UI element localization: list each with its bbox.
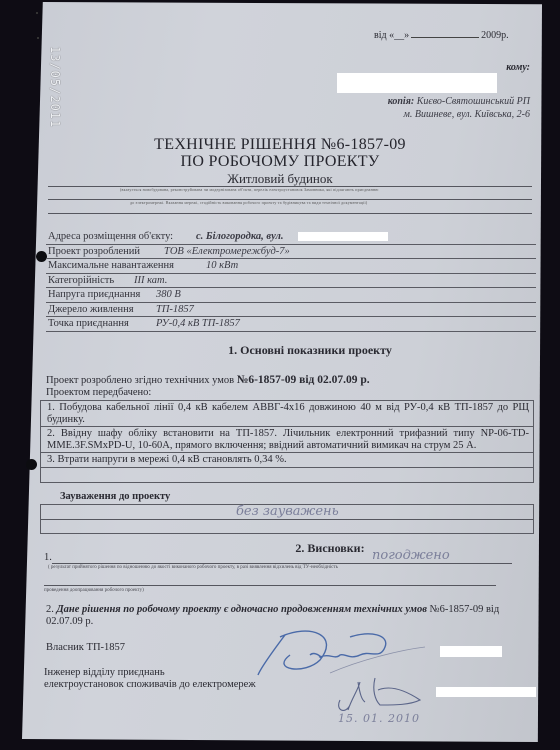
provided-label: Проектом передбачено: [46, 387, 151, 399]
measure-item: 1. Побудова кабельної лінії 0,4 кВ кабел… [41, 401, 533, 427]
speck [36, 12, 38, 14]
param-value: 380 В [156, 288, 181, 301]
signature-stroke [339, 678, 420, 710]
date-blank [411, 37, 479, 38]
underline [48, 213, 532, 214]
signature-stroke [258, 631, 386, 675]
copy-address: м. Вишневе, вул. Київська, 2-6 [388, 108, 530, 121]
param-label: Адреса розміщення об'єкту: [48, 230, 173, 243]
param-label: Категорійність [48, 274, 114, 287]
param-value: ТП-1857 [156, 303, 194, 316]
remarks-divider [41, 519, 533, 520]
recipient-label: кому: [506, 62, 530, 73]
speck [37, 37, 39, 39]
handwritten-date: 15. 01. 2010 [338, 712, 420, 725]
tech-conditions-ref: Проект розроблено згідно технічних умов … [46, 374, 370, 387]
photo-timestamp: 13/05/2011 [48, 46, 62, 128]
param-row-designer: Проект розроблений ТОВ «Електромережбуд-… [46, 245, 536, 260]
engineer-label-2: електроустановок споживачів до електроме… [44, 679, 256, 691]
punch-hole [26, 459, 37, 470]
param-row-source: Джерело живлення ТП-1857 [46, 303, 536, 318]
copy-recipient: копія: Києво-Святошинський РП м. Вишневе… [388, 95, 530, 121]
date-year: 2009р. [481, 30, 509, 41]
owner-label: Власник ТП-1857 [46, 642, 125, 654]
remarks-heading: Зауваження до проекту [60, 491, 170, 503]
param-value: ІІІ кат. [134, 274, 167, 287]
tech-conditions-number: №6-1857-09 від 02.07.09 р. [237, 374, 370, 386]
conclusion-caption: ( результат прийнятого рішення по віднош… [48, 565, 338, 570]
conclusion-number: 1. [44, 552, 52, 564]
object-name: Житловий будинок [0, 171, 560, 187]
param-row-address: Адреса розміщення об'єкту: с. Білогородк… [46, 230, 536, 245]
redacted-street [298, 232, 388, 241]
section-2-heading: 2. Висновки: [50, 541, 560, 556]
project-measures-table: 1. Побудова кабельної лінії 0,4 кВ кабел… [40, 400, 534, 483]
param-label: Напруга приєднання [48, 288, 140, 301]
param-row-voltage: Напруга приєднання 380 В [46, 288, 536, 303]
date-prefix: від «__» [374, 30, 409, 41]
param-value: ТОВ «Електромережбуд-7» [164, 245, 290, 258]
object-caption-2: до електромережі. Вказання мережі, стаді… [130, 200, 430, 205]
conclusion-handwritten: погоджено [372, 548, 450, 563]
copy-label: копія: [388, 96, 415, 107]
copy-org: Києво-Святошинський РП [417, 96, 530, 107]
param-row-max-load: Максимальне навантаження 10 кВт [46, 259, 536, 274]
param-row-connection-point: Точка приєднання РУ-0,4 кВ ТП-1857 [46, 317, 536, 332]
remarks-handwritten: без зауважень [236, 504, 339, 519]
param-value: 10 кВт [206, 259, 238, 272]
param-value: РУ-0,4 кВ ТП-1857 [156, 317, 240, 330]
redacted-recipient [337, 73, 497, 93]
item-2-emphasis: Дане рішення по робочому проекту є одноч… [57, 604, 427, 615]
redacted-engineer-name [436, 687, 536, 697]
param-label: Джерело живлення [48, 303, 134, 316]
param-row-category: Категорійність ІІІ кат. [46, 274, 536, 289]
engineer-label-1: Інженер відділу приєднань [44, 667, 165, 679]
param-label: Проект розроблений [48, 245, 140, 258]
param-label: Максимальне навантаження [48, 259, 174, 272]
measure-item-empty [41, 468, 533, 482]
section-1-heading: 1. Основні показники проекту [30, 343, 560, 358]
item-number: 2. [46, 604, 57, 615]
project-parameters: Адреса розміщення об'єкту: с. Білогородк… [46, 230, 536, 332]
param-value: с. Білогородка, вул. [196, 230, 283, 243]
doc-title: ТЕХНІЧНЕ РІШЕННЯ №6-1857-09 [0, 136, 560, 154]
conclusion-line-2 [44, 585, 496, 586]
object-caption: (вказується новобудована, реконструйован… [120, 187, 450, 192]
param-label: Точка приєднання [48, 317, 129, 330]
remarks-box: без зауважень [40, 504, 534, 534]
intro-text: Проект розроблено згідно технічних умов [46, 375, 237, 386]
doc-title-line2: ПО РОБОЧОМУ ПРОЕКТУ [0, 153, 560, 171]
measure-item: 3. Втрати напруги в мережі 0,4 кВ станов… [41, 453, 533, 468]
measure-item: 2. Ввідну шафу обліку встановити на ТП-1… [41, 427, 533, 453]
conclusion-line [52, 563, 512, 564]
date-line: від «__»2009р. [374, 30, 509, 41]
conclusion-caption-2: проведення доопрацювання робочого проект… [44, 588, 144, 593]
